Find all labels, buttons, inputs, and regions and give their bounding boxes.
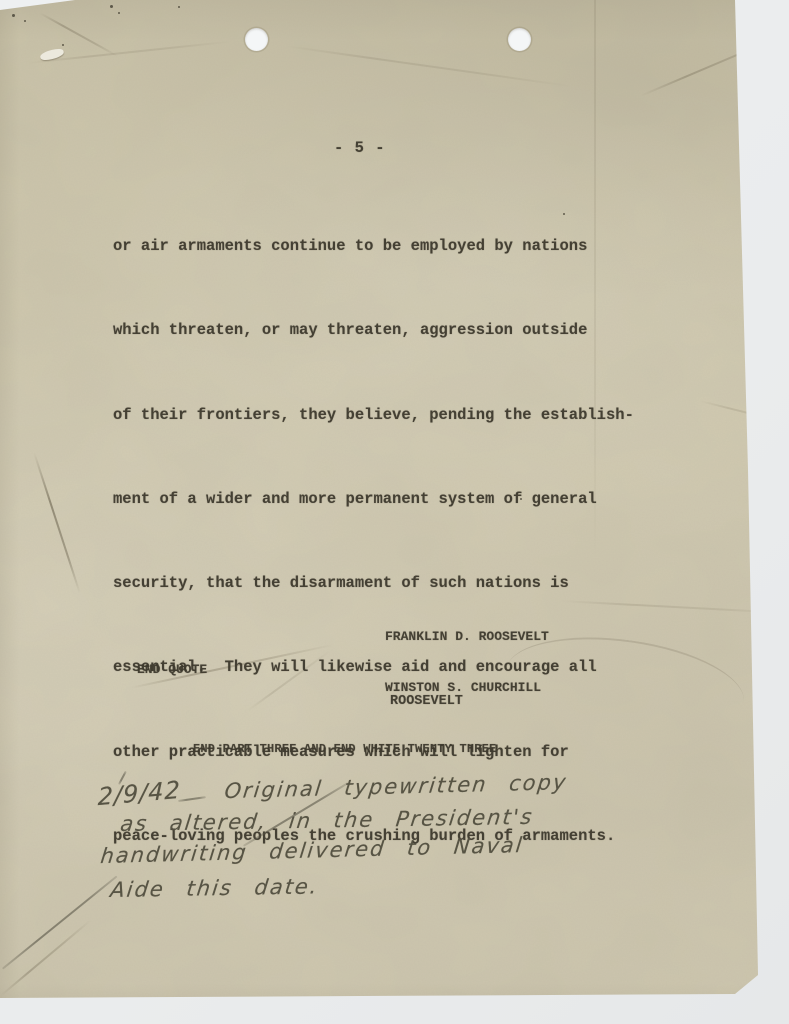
ink-speck	[12, 14, 15, 17]
ink-speck	[118, 12, 120, 14]
ink-speck	[62, 44, 64, 46]
signature-roosevelt: FRANKLIN D. ROOSEVELT	[385, 628, 549, 645]
ink-speck	[110, 5, 113, 8]
ink-speck	[24, 20, 26, 22]
ink-speck	[178, 6, 180, 8]
end-quote-label: END QUOTE	[137, 662, 207, 677]
paper-sheet: - 5 - or air armaments continue to be em…	[0, 0, 789, 1024]
scan-background: - 5 - or air armaments continue to be em…	[0, 0, 789, 1024]
body-line: ment of a wider and more permanent syste…	[113, 475, 634, 523]
signature-block: FRANKLIN D. ROOSEVELT WINSTON S. CHURCHI…	[385, 594, 549, 730]
punch-hole-right	[508, 28, 531, 51]
body-line: security, that the disarmament of such n…	[113, 559, 634, 607]
body-line: which threaten, or may threaten, aggress…	[113, 306, 634, 354]
sender-name: ROOSEVELT	[390, 694, 463, 709]
note-line: Aide this date.	[109, 874, 320, 902]
body-line: or air armaments continue to be employed…	[113, 222, 634, 270]
end-part-label: END PART THREE AND END WHITE TWENTY THRE…	[193, 742, 496, 756]
punch-hole-left	[245, 28, 268, 51]
page-number: - 5 -	[334, 139, 386, 157]
body-line: of their frontiers, they believe, pendin…	[113, 391, 634, 439]
